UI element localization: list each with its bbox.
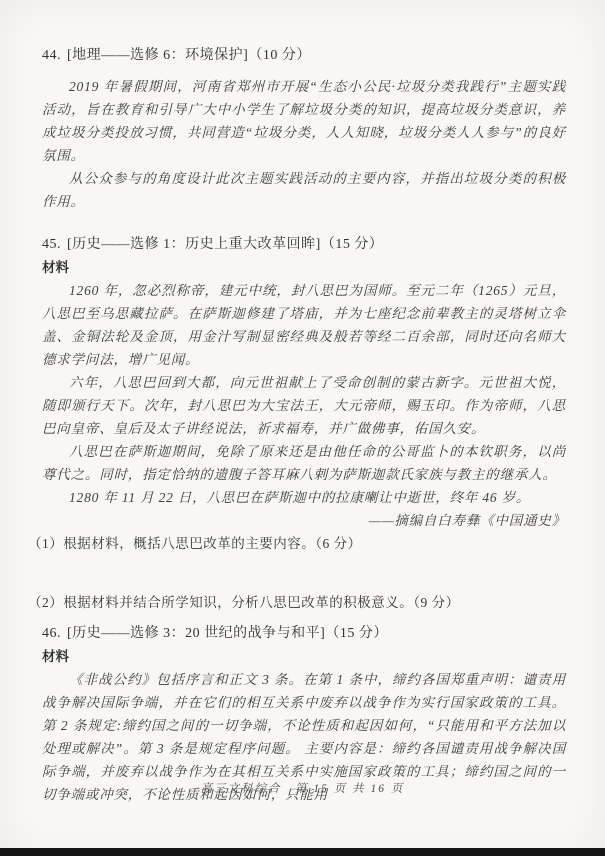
- question-46-title: [历史——选修 3：20 世纪的战争与和平]（15 分）: [67, 626, 388, 641]
- material-paragraph: 六年，八思巴回到大都，向元世祖献上了受命创制的蒙古新字。元世祖大悦，随即颁行天下…: [42, 371, 566, 440]
- question-44-heading: 44.[地理——选修 6：环境保护]（10 分）: [42, 44, 566, 67]
- material-citation: ——摘编自白寿彝《中国通史》: [42, 509, 566, 532]
- sub-question-2: （2）根据材料并结合所学知识，分析八思巴改革的积极意义。（9 分）: [28, 591, 566, 614]
- question-45: 45.[历史——选修 1：历史上重大改革回眸]（15 分） 材料 1260 年，…: [42, 233, 566, 614]
- material-label-46: 材料: [42, 645, 566, 668]
- question-45-number: 45.: [42, 237, 61, 252]
- question-46: 46.[历史——选修 3：20 世纪的战争与和平]（15 分） 材料 《非战公约…: [42, 622, 566, 806]
- question-44-number: 44.: [42, 48, 61, 63]
- question-46-number: 46.: [42, 626, 61, 641]
- question-44-prompt: 从公众参与的角度设计此次主题实践活动的主要内容，并指出垃圾分类的积极作用。: [42, 167, 566, 213]
- exam-page-scan: 44.[地理——选修 6：环境保护]（10 分） 2019 年暑假期间，河南省郑…: [0, 0, 605, 856]
- sub-question-1: （1）根据材料，概括八思巴改革的主要内容。（6 分）: [28, 532, 566, 555]
- question-45-heading: 45.[历史——选修 1：历史上重大改革回眸]（15 分）: [42, 233, 566, 256]
- page-footer: 高三文科综合 第 15 页 共 16 页: [0, 780, 605, 796]
- question-45-title: [历史——选修 1：历史上重大改革回眸]（15 分）: [67, 237, 383, 252]
- scan-edge-bar: [0, 848, 605, 856]
- material-paragraph: 1280 年 11 月 22 日，八思巴在萨斯迦中的拉康喇让中逝世，终年 46 …: [42, 486, 566, 509]
- question-44-title: [地理——选修 6：环境保护]（10 分）: [67, 48, 311, 63]
- material-paragraph: 1260 年，忽必烈称帝，建元中统，封八思巴为国师。至元二年（1265）元旦，八…: [42, 279, 566, 371]
- answer-space: [42, 555, 566, 591]
- question-46-heading: 46.[历史——选修 3：20 世纪的战争与和平]（15 分）: [42, 622, 566, 645]
- question-44: 44.[地理——选修 6：环境保护]（10 分） 2019 年暑假期间，河南省郑…: [42, 44, 566, 213]
- question-44-body: 2019 年暑假期间，河南省郑州市开展“生态小公民·垃圾分类我践行”主题实践活动…: [42, 75, 566, 167]
- material-paragraph: 八思巴在萨斯迦期间，免除了原来还是由他任命的公哥监卜的本钦职务，以尚尊代之。同时…: [42, 440, 566, 486]
- material-label-45: 材料: [42, 256, 566, 279]
